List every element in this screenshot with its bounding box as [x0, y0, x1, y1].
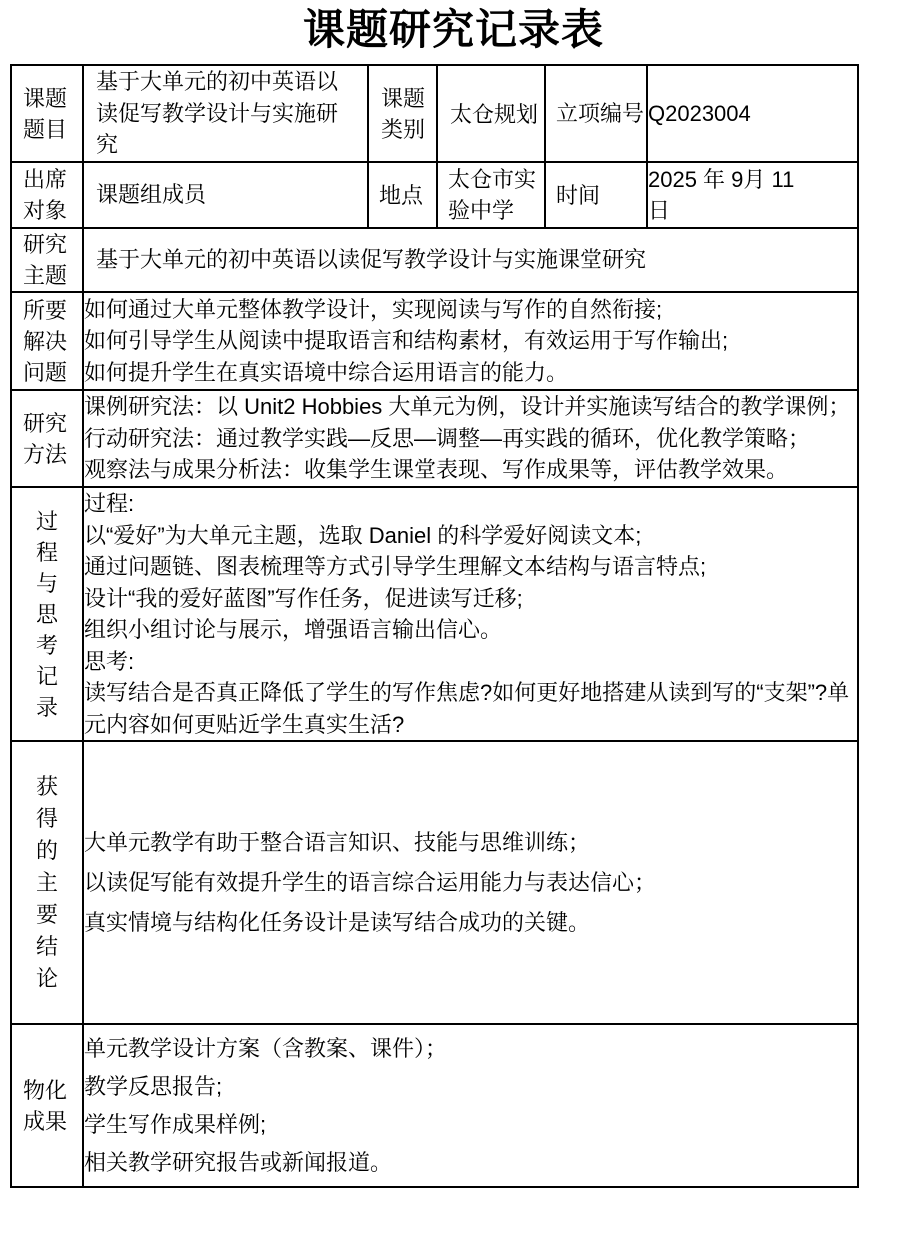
methods-line: 课例研究法：以 Unit2 Hobbies 大单元为例，设计并实施读写结合的教学… — [84, 391, 857, 423]
attendees-value-cell: 课题组成员 — [83, 162, 368, 228]
time-value-cell: 2025 年 9月 11 日 — [647, 162, 858, 228]
conclusions-line: 真实情境与结构化任务设计是读写结合成功的关键。 — [84, 903, 857, 943]
outputs-line: 教学反思报告; — [84, 1068, 857, 1106]
conclusions-value-cell: 大单元教学有助于整合语言知识、技能与思维训练； 以读促写能有效提升学生的语言综合… — [83, 741, 858, 1024]
problems-label: 所要解决问题 — [23, 295, 71, 388]
theme-label: 研究主题 — [23, 229, 71, 291]
process-line: 以“爱好”为大单元主题，选取 Daniel 的科学爱好阅读文本; — [84, 520, 857, 552]
place-label: 地点 — [369, 180, 436, 211]
process-line: 过程: — [84, 488, 857, 520]
row-attendees: 出席对象 课题组成员 地点 太仓市实验中学 时间 2025 年 9月 11 日 — [11, 162, 858, 228]
row-theme: 研究主题 基于大单元的初中英语以读促写教学设计与实施课堂研究 — [11, 228, 858, 292]
problems-line: 如何提升学生在真实语境中综合运用语言的能力。 — [84, 357, 857, 389]
problems-line: 如何通过大单元整体教学设计，实现阅读与写作的自然衔接; — [84, 294, 857, 326]
row-process: 过程与思考记录 过程: 以“爱好”为大单元主题，选取 Daniel 的科学爱好阅… — [11, 487, 858, 741]
place-value-cell: 太仓市实验中学 — [437, 162, 545, 228]
place-value: 太仓市实验中学 — [438, 164, 544, 227]
conclusions-label-cell: 获得的主要结论 — [11, 741, 83, 1024]
topic-value-cell: 基于大单元的初中英语以读促写教学设计与实施研究 — [83, 65, 368, 162]
category-label: 课题类别 — [369, 83, 436, 145]
topic-value: 基于大单元的初中英语以读促写教学设计与实施研究 — [84, 66, 367, 161]
category-value-cell: 太仓规划 — [437, 65, 545, 162]
category-value: 太仓规划 — [438, 98, 544, 129]
page-title: 课题研究记录表 — [0, 0, 907, 54]
theme-value-cell: 基于大单元的初中英语以读促写教学设计与实施课堂研究 — [83, 228, 858, 292]
record-form-table: 课题题目 基于大单元的初中英语以读促写教学设计与实施研究 课题类别 太仓规划 立… — [10, 64, 859, 1188]
process-line: 读写结合是否真正降低了学生的写作焦虑?如何更好地搭建从读到写的“支架”?单元内容… — [84, 677, 857, 740]
topic-label: 课题题目 — [23, 83, 71, 145]
attendees-value: 课题组成员 — [84, 179, 367, 211]
outputs-line: 学生写作成果样例; — [84, 1106, 857, 1144]
row-conclusions: 获得的主要结论 大单元教学有助于整合语言知识、技能与思维训练； 以读促写能有效提… — [11, 741, 858, 1024]
outputs-value-cell: 单元教学设计方案（含教案、课件）； 教学反思报告; 学生写作成果样例; 相关教学… — [83, 1024, 858, 1187]
problems-label-cell: 所要解决问题 — [11, 292, 83, 390]
attendees-label: 出席对象 — [23, 164, 71, 226]
theme-label-cell: 研究主题 — [11, 228, 83, 292]
topic-label-cell: 课题题目 — [11, 65, 83, 162]
code-value-cell: Q2023004 — [647, 65, 858, 162]
outputs-line: 相关教学研究报告或新闻报道。 — [84, 1144, 857, 1182]
methods-value-cell: 课例研究法：以 Unit2 Hobbies 大单元为例，设计并实施读写结合的教学… — [83, 390, 858, 487]
outputs-line: 单元教学设计方案（含教案、课件）； — [84, 1030, 857, 1068]
methods-label: 研究方法 — [23, 408, 71, 470]
problems-line: 如何引导学生从阅读中提取语言和结构素材，有效运用于写作输出; — [84, 325, 857, 357]
row-problems: 所要解决问题 如何通过大单元整体教学设计，实现阅读与写作的自然衔接; 如何引导学… — [11, 292, 858, 390]
process-line: 组织小组讨论与展示，增强语言输出信心。 — [84, 614, 857, 646]
place-label-cell: 地点 — [368, 162, 437, 228]
conclusions-line: 以读促写能有效提升学生的语言综合运用能力与表达信心； — [84, 863, 857, 903]
row-outputs: 物化成果 单元教学设计方案（含教案、课件）； 教学反思报告; 学生写作成果样例;… — [11, 1024, 858, 1187]
outputs-label-cell: 物化成果 — [11, 1024, 83, 1187]
row-topic: 课题题目 基于大单元的初中英语以读促写教学设计与实施研究 课题类别 太仓规划 立… — [11, 65, 858, 162]
methods-line: 行动研究法：通过教学实践—反思—调整—再实践的循环，优化教学策略； — [84, 423, 857, 455]
problems-value-cell: 如何通过大单元整体教学设计，实现阅读与写作的自然衔接; 如何引导学生从阅读中提取… — [83, 292, 858, 390]
project-code-value: Q2023004 — [648, 101, 857, 127]
row-methods: 研究方法 课例研究法：以 Unit2 Hobbies 大单元为例，设计并实施读写… — [11, 390, 858, 487]
process-label-cell: 过程与思考记录 — [11, 487, 83, 741]
methods-line: 观察法与成果分析法：收集学生课堂表现、写作成果等，评估教学效果。 — [84, 454, 857, 486]
conclusions-label: 获得的主要结论 — [35, 771, 59, 995]
time-value: 2025 年 9月 11 日 — [648, 164, 806, 227]
process-line: 思考: — [84, 646, 857, 678]
code-label-cell: 立项编号 — [545, 65, 647, 162]
process-value-cell: 过程: 以“爱好”为大单元主题，选取 Daniel 的科学爱好阅读文本; 通过问… — [83, 487, 858, 741]
process-line: 通过问题链、图表梳理等方式引导学生理解文本结构与语言特点; — [84, 551, 857, 583]
methods-label-cell: 研究方法 — [11, 390, 83, 487]
outputs-label: 物化成果 — [23, 1075, 71, 1137]
project-code-label: 立项编号 — [546, 98, 646, 129]
category-label-cell: 课题类别 — [368, 65, 437, 162]
time-label: 时间 — [546, 180, 646, 211]
process-label: 过程与思考记录 — [35, 506, 59, 723]
conclusions-line: 大单元教学有助于整合语言知识、技能与思维训练； — [84, 823, 857, 863]
theme-value: 基于大单元的初中英语以读促写教学设计与实施课堂研究 — [84, 244, 857, 276]
time-label-cell: 时间 — [545, 162, 647, 228]
process-line: 设计“我的爱好蓝图”写作任务，促进读写迁移; — [84, 583, 857, 615]
attendees-label-cell: 出席对象 — [11, 162, 83, 228]
